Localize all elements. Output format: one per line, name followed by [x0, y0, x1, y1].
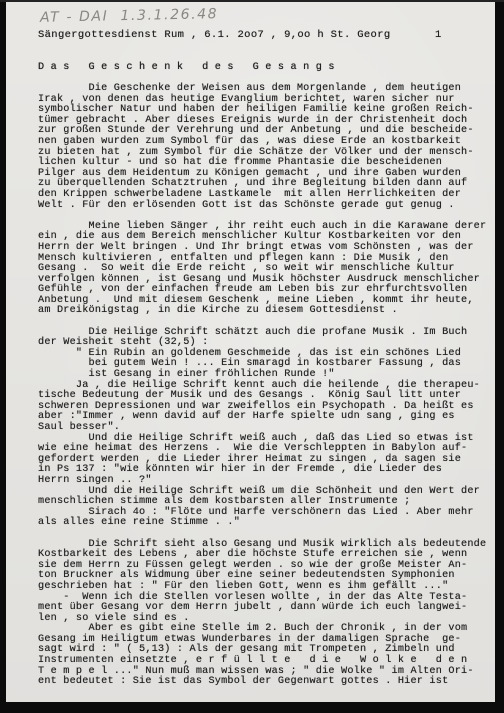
scan-edge-right — [495, 0, 504, 713]
document-header-line: Sängergottesdienst Rum , 6.1. 2oo7 , 9,o… — [38, 29, 484, 41]
scanned-document-page: AT - DAI 1.3.1.26.48 Sängergottesdienst … — [0, 0, 504, 713]
handwritten-archive-number: AT - DAI 1.3.1.26.48 — [40, 6, 218, 26]
scan-edge-left — [0, 0, 6, 713]
sermon-body-text: Die Geschenke der Weisen aus dem Morgenl… — [38, 84, 486, 688]
scan-edge-bottom — [0, 702, 504, 713]
sermon-title: D a s G e s c h e n k d e s G e s a n g … — [38, 62, 335, 73]
page-number: 1 — [435, 29, 441, 41]
scan-edge-top — [0, 0, 504, 2]
